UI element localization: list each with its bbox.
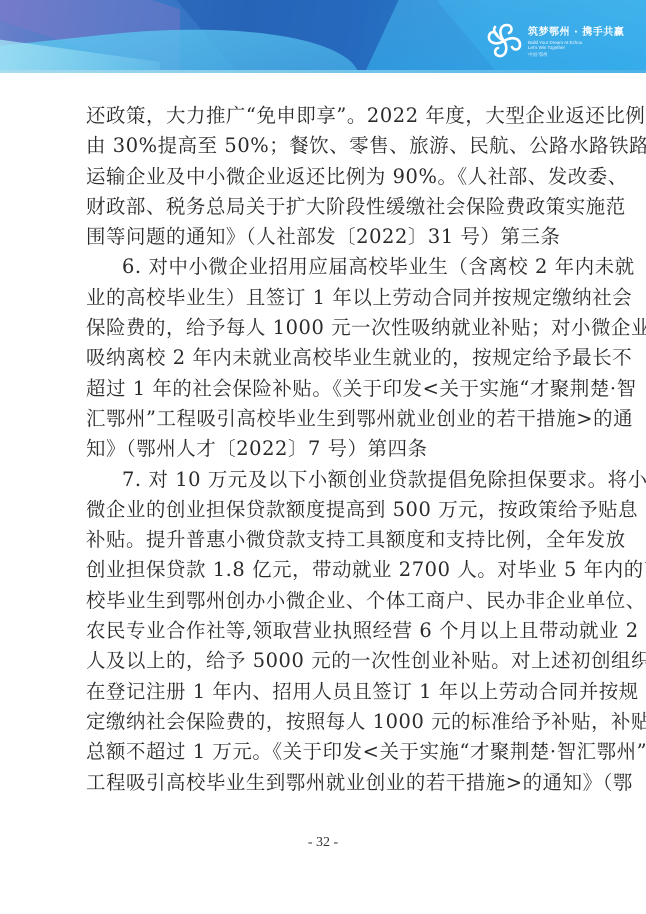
- text-line: 在登记注册 1 年内、招用人员且签订 1 年以上劳动合同并按规: [86, 677, 558, 707]
- text-line: 人及以上的，给予 5000 元的一次性创业补贴。对上述初创组织: [86, 646, 558, 676]
- text-line: 由 30%提高至 50%；餐饮、零售、旅游、民航、公路水路铁路: [86, 131, 558, 161]
- text-line: 工程吸引高校毕业生到鄂州就业创业的若干措施>的通知》（鄂: [86, 768, 558, 798]
- flower-petal-logo-icon: [484, 21, 524, 65]
- header-banner: 筑梦鄂州 · 携手共赢 Build Your Dream At Ezhou Le…: [0, 0, 646, 73]
- text-line: 总额不超过 1 万元。《关于印发<关于实施“才聚荆楚·智汇鄂州”: [86, 737, 558, 767]
- text-line: 吸纳离校 2 年内未就业高校毕业生就业的，按规定给予最长不: [86, 343, 558, 373]
- text-line: 7. 对 10 万元及以下小额创业贷款提倡免除担保要求。将小: [86, 465, 558, 495]
- logo-location: 中国·鄂州: [528, 54, 624, 59]
- logo-subtitle-2: Let's Win Together: [528, 46, 624, 51]
- page-number: - 32 -: [0, 835, 646, 851]
- text-line: 财政部、税务总局关于扩大阶段性缓缴社会保险费政策实施范: [86, 192, 558, 222]
- logo-title: 筑梦鄂州 · 携手共赢: [528, 28, 624, 38]
- text-line: 超过 1 年的社会保险补贴。《关于印发<关于实施“才聚荆楚·智: [86, 374, 558, 404]
- text-line: 保险费的，给予每人 1000 元一次性吸纳就业补贴；对小微企业: [86, 313, 558, 343]
- text-line: 汇鄂州”工程吸引高校毕业生到鄂州就业创业的若干措施>的通: [86, 404, 558, 434]
- text-line: 农民专业合作社等,领取营业执照经营 6 个月以上且带动就业 2: [86, 616, 558, 646]
- banner-bottom-stripe: [0, 70, 646, 73]
- text-line: 微企业的创业担保贷款额度提高到 500 万元，按政策给予贴息: [86, 495, 558, 525]
- text-line: 围等问题的通知》（人社部发〔2022〕31 号）第三条: [86, 222, 558, 252]
- logo-text-block: 筑梦鄂州 · 携手共赢 Build Your Dream At Ezhou Le…: [528, 28, 624, 59]
- text-line: 还政策，大力推广“免申即享”。2022 年度，大型企业返还比例: [86, 101, 558, 131]
- text-line: 校毕业生到鄂州创办小微企业、个体工商户、民办非企业单位、: [86, 586, 558, 616]
- text-line: 知》（鄂州人才〔2022〕7 号）第四条: [86, 434, 558, 464]
- text-line: 创业担保贷款 1.8 亿元，带动就业 2700 人。对毕业 5 年内的高: [86, 555, 558, 585]
- text-line: 业的高校毕业生）且签订 1 年以上劳动合同并按规定缴纳社会: [86, 283, 558, 313]
- text-line: 6. 对中小微企业招用应届高校毕业生（含离校 2 年内未就: [86, 252, 558, 282]
- text-line: 补贴。提升普惠小微贷款支持工具额度和支持比例，全年发放: [86, 525, 558, 555]
- text-line: 定缴纳社会保险费的，按照每人 1000 元的标准给予补贴，补贴: [86, 707, 558, 737]
- text-line: 运输企业及中小微企业返还比例为 90%。《人社部、发改委、: [86, 162, 558, 192]
- ezhou-logo: 筑梦鄂州 · 携手共赢 Build Your Dream At Ezhou Le…: [484, 22, 624, 64]
- document-body: 还政策，大力推广“免申即享”。2022 年度，大型企业返还比例由 30%提高至 …: [86, 101, 558, 798]
